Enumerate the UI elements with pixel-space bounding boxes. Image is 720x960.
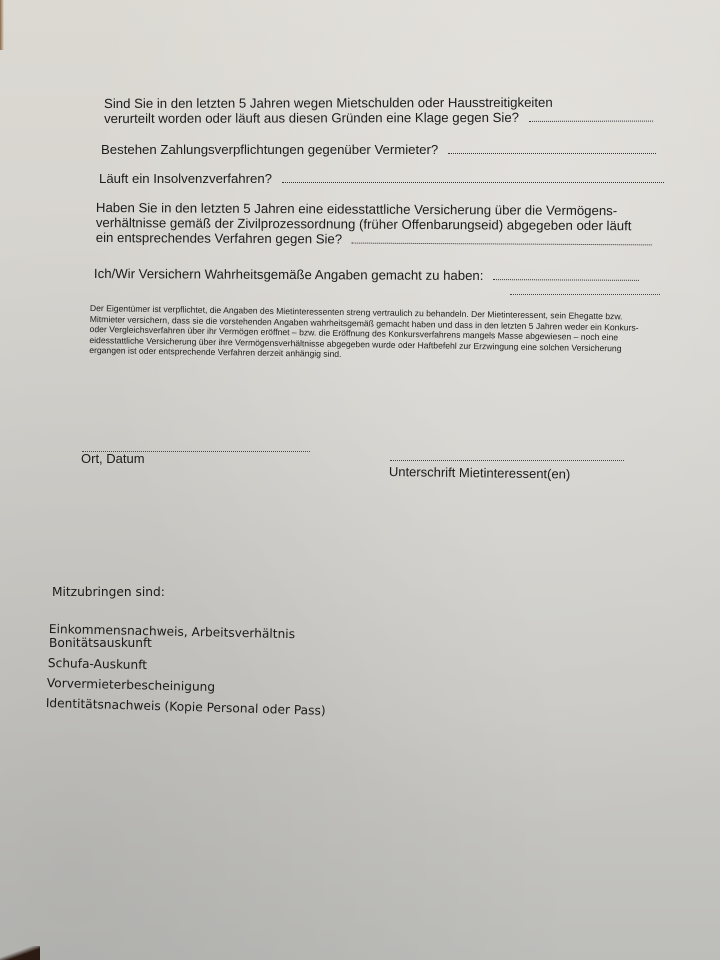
answer-field-eidesstattliche-versicherung[interactable]	[352, 233, 652, 246]
privacy-disclaimer: Der Eigentümer ist verpflichtet, die Ang…	[89, 303, 655, 364]
document-item: Identitätsnachweis (Kopie Personal oder …	[46, 696, 326, 718]
question-text: Läuft ein Insolvenzverfahren?	[99, 171, 272, 186]
paper-edge	[0, 0, 4, 50]
question-eidesstattliche-versicherung: Haben Sie in den letzten 5 Jahren eine e…	[96, 200, 652, 248]
question-text-line: verurteilt worden oder läuft aus diesen …	[104, 110, 519, 126]
documents-heading: Mitzubringen sind:	[52, 585, 165, 599]
question-wahrheitsgemaess: Ich/Wir Versichern Wahrheitsgemäße Angab…	[94, 266, 639, 284]
document-item: Vorvermieterbescheinigung	[47, 676, 216, 694]
question-text-line: ein entsprechendes Verfahren gegen Sie?	[96, 230, 342, 247]
signature-field[interactable]	[390, 460, 624, 461]
document-item: Bonitätsauskunft	[49, 636, 152, 650]
answer-field-insolvenz[interactable]	[282, 172, 664, 183]
question-text: Ich/Wir Versichern Wahrheitsgemäße Angab…	[94, 266, 484, 283]
signature-label: Unterschrift Mietinteressent(en)	[389, 464, 571, 482]
question-mietschulden: Sind Sie in den letzten 5 Jahren wegen M…	[104, 95, 653, 126]
paper-corner-shadow	[0, 946, 40, 960]
question-zahlungsverpflichtungen: Bestehen Zahlungsverpflichtungen gegenüb…	[101, 142, 656, 157]
place-date-label: Ort, Datum	[81, 451, 145, 466]
answer-field-wahrheitsgemaess[interactable]	[493, 269, 639, 281]
document-item: Schufa-Auskunft	[48, 656, 147, 672]
answer-field-mietschulden[interactable]	[529, 111, 653, 122]
question-text: Bestehen Zahlungsverpflichtungen gegenüb…	[101, 142, 438, 157]
question-text-line: Sind Sie in den letzten 5 Jahren wegen M…	[104, 95, 653, 111]
question-insolvenz: Läuft ein Insolvenzverfahren?	[99, 171, 664, 186]
answer-field-wahrheitsgemaess-line2[interactable]	[510, 294, 660, 295]
answer-field-zahlungsverpflichtungen[interactable]	[448, 143, 656, 154]
